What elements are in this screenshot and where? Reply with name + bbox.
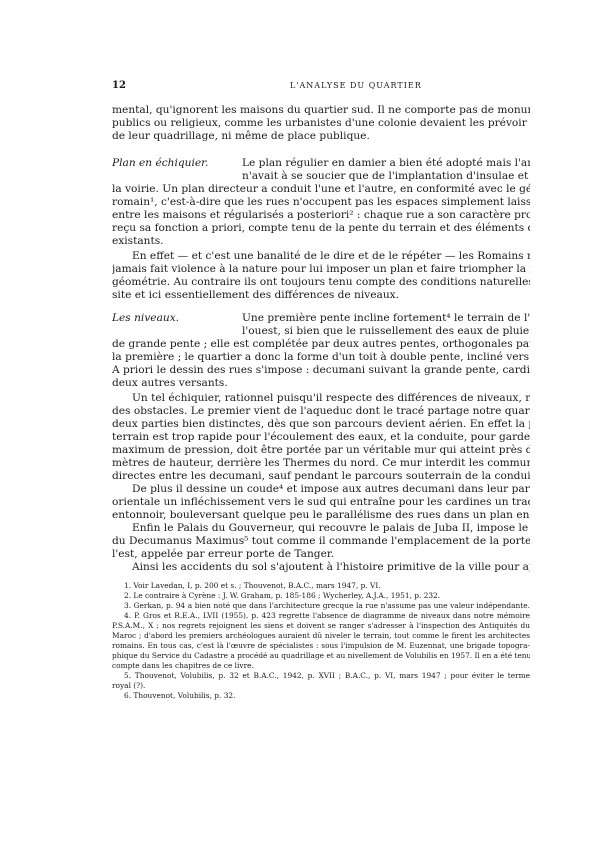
body-line: A priori le dessin des rues s'impose : d… bbox=[112, 364, 530, 376]
footnote-4-line: romains. En tous cas, c'est là l'œuvre d… bbox=[112, 641, 530, 650]
footnote-5: 5. Thouvenot, Volubilis, p. 32 et B.A.C.… bbox=[124, 671, 530, 680]
body-line: l'est, appelée par erreur porte de Tange… bbox=[112, 548, 530, 560]
body-line: orientale un infléchissement vers le sud… bbox=[112, 496, 530, 508]
body-line: terrain est trop rapide pour l'écoulemen… bbox=[112, 431, 530, 443]
page-number: 12 bbox=[112, 80, 126, 91]
body-line: Enfin le Palais du Gouverneur, qui recou… bbox=[132, 522, 530, 534]
body-line: De plus il dessine un coude⁴ et impose a… bbox=[132, 483, 530, 495]
body-line: la voirie. Un plan directeur a conduit l… bbox=[112, 183, 530, 195]
margin-label-niveaux: Les niveaux. bbox=[112, 312, 179, 324]
body-line: reçu sa fonction a priori, compte tenu d… bbox=[112, 222, 530, 234]
body-line: la première ; le quartier a donc la form… bbox=[112, 351, 530, 363]
body-line: Ainsi les accidents du sol s'ajoutent à … bbox=[132, 561, 530, 573]
body-line: existants. bbox=[112, 235, 530, 247]
body-line: Le plan régulier en damier a bien été ad… bbox=[242, 157, 530, 169]
body-line: entonnoir, bouleversant quelque peu le p… bbox=[112, 509, 530, 521]
footnote-1: 1. Voir Lavedan, I, p. 200 et s. ; Thouv… bbox=[124, 581, 530, 590]
body-line: directes entre les decumani, sauf pendan… bbox=[112, 470, 530, 482]
body-line: En effet — et c'est une banalité de le d… bbox=[132, 250, 530, 262]
body-line: Un tel échiquier, rationnel puisqu'il re… bbox=[132, 392, 530, 404]
footnote-4-line: P.S.A.M., X ; nos regrets rejoignent les… bbox=[112, 621, 530, 630]
document-page: 12 L'ANALYSE DU QUARTIER mental, qu'igno… bbox=[0, 0, 599, 848]
body-line: de grande pente ; elle est complétée par… bbox=[112, 338, 530, 350]
body-line: géométrie. Au contraire ils ont toujours… bbox=[112, 276, 530, 288]
body-line: deux autres versants. bbox=[112, 377, 530, 389]
footnote-4-line: Maroc ; d'abord les premiers archéologue… bbox=[112, 631, 530, 640]
body-line: mètres de hauteur, derrière les Thermes … bbox=[112, 457, 530, 469]
body-line: mental, qu'ignorent les maisons du quart… bbox=[112, 104, 530, 116]
footnote-3: 3. Gerkan, p. 94 a bien noté que dans l'… bbox=[124, 601, 530, 610]
footnote-4: 4. P. Gros et R.E.A., LVII (1955), p. 42… bbox=[124, 611, 530, 620]
footnote-6: 6. Thouvenot, Volubilis, p. 32. bbox=[124, 691, 530, 700]
body-line: du Decumanus Maximus⁵ tout comme il comm… bbox=[112, 535, 530, 547]
body-line: l'ouest, si bien que le ruissellement de… bbox=[242, 325, 530, 337]
body-line: des obstacles. Le premier vient de l'aqu… bbox=[112, 405, 530, 417]
footnote-2: 2. Le contraire à Cyrène : J. W. Graham,… bbox=[124, 591, 530, 600]
running-title: L'ANALYSE DU QUARTIER bbox=[290, 81, 422, 90]
margin-label-plan: Plan en échiquier. bbox=[112, 157, 208, 169]
body-line: publics ou religieux, comme les urbanist… bbox=[112, 117, 530, 129]
body-line: deux parties bien distinctes, dès que so… bbox=[112, 418, 530, 430]
body-line: entre les maisons et régularisés a poste… bbox=[112, 209, 530, 221]
body-line: Une première pente incline fortement⁴ le… bbox=[242, 312, 530, 324]
footnote-4-line: compte dans les chapitres de ce livre. bbox=[112, 661, 530, 670]
body-line: romain¹, c'est-à-dire que les rues n'occ… bbox=[112, 196, 530, 208]
body-line: n'avait à se soucier que de l'implantati… bbox=[242, 170, 530, 182]
footnote-5-line: royal (?). bbox=[112, 681, 530, 690]
body-line: maximum de pression, doit être portée pa… bbox=[112, 444, 530, 456]
footnote-4-line: phique du Service du Cadastre a procédé … bbox=[112, 651, 530, 660]
body-line: site et ici essentiellement des différen… bbox=[112, 289, 530, 301]
body-line: de leur quadrillage, ni même de place pu… bbox=[112, 130, 530, 142]
body-line: jamais fait violence à la nature pour lu… bbox=[112, 263, 530, 275]
